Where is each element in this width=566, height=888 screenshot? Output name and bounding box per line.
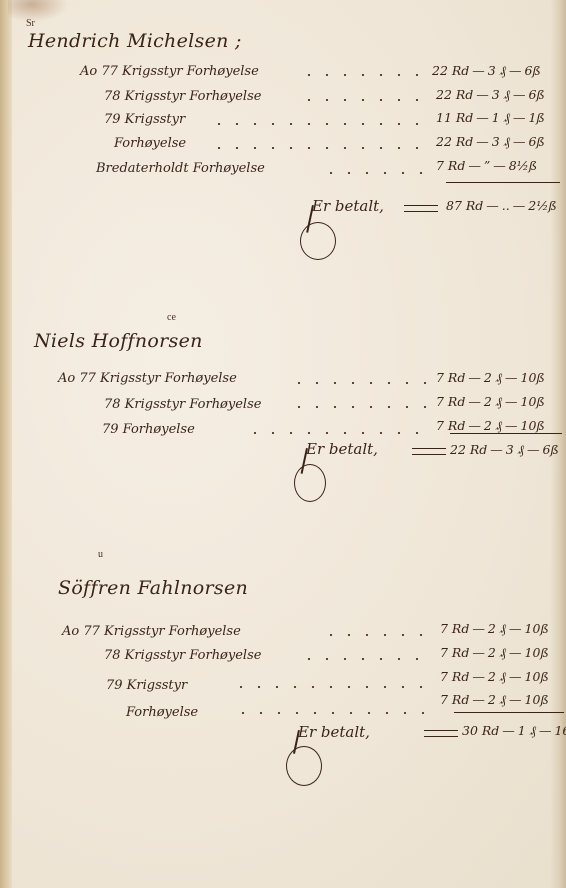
entry-1-line-1-amount: 22 Rd—3 ₰—6ß — [432, 63, 541, 79]
amount-mk: 2 ₰ — [488, 692, 506, 707]
sum-rule — [446, 182, 560, 183]
amount-rd: 7 Rd — [436, 394, 465, 409]
entry-1-total-label: Er betalt, — [312, 197, 384, 215]
amount-mk: 3 ₰ — [506, 442, 524, 457]
entry-1-line-3-label: 79 Krigsstyr — [104, 112, 185, 127]
amount-rd: 7 Rd — [440, 621, 469, 636]
amount-rd: 7 Rd — [440, 669, 469, 684]
sum-rule — [454, 712, 564, 713]
amount-rd: 7 Rd — [436, 158, 465, 173]
amount-sk: 10ß — [521, 370, 545, 385]
entry-2-line-2-amount: 7 Rd—2 ₰—10ß — [436, 394, 545, 410]
amount-rd: 7 Rd — [440, 692, 469, 707]
amount-rd: 7 Rd — [436, 418, 465, 433]
entry-3-line-3-label: 79 Krigsstyr — [106, 678, 187, 693]
entry-1-total-amount: 87 Rd—..—2½ß — [446, 198, 557, 213]
entry-1-name-text: Hendrich Michelsen ; — [28, 30, 242, 52]
entry-2-line-3-label: 79 Forhøyelse — [102, 422, 195, 437]
entry-2-line-1-label: Ao 77 Krigsstyr Forhøyelse — [58, 371, 237, 386]
amount-sk: 2½ß — [528, 198, 556, 213]
amount-sk: 8½ß — [509, 158, 537, 173]
amount-mk: 2 ₰ — [488, 645, 506, 660]
entry-1-line-5-label: Bredaterholdt Forhøyelse — [96, 161, 265, 176]
amount-mk: .. — [502, 198, 510, 213]
entry-1-flourish-mark — [300, 222, 336, 260]
entry-2-name-sup: ce — [167, 312, 176, 323]
amount-mk: 2 ₰ — [484, 370, 502, 385]
page-binding-edge — [0, 0, 12, 888]
amount-sk: 16ß — [554, 723, 566, 738]
amount-mk: 1 ₰ — [518, 723, 536, 738]
entry-3-total-amount: 30 Rd—1 ₰—16ß — [462, 723, 566, 739]
amount-sk: 10ß — [521, 394, 545, 409]
leader-dots — [300, 99, 430, 101]
amount-mk: 2 ₰ — [484, 394, 502, 409]
amount-mk: ” — [484, 158, 490, 173]
leader-dots — [234, 712, 430, 714]
leader-dots — [246, 432, 430, 434]
entry-3-line-3-amount: 7 Rd—2 ₰—10ß — [440, 669, 549, 685]
amount-sk: 6ß — [542, 442, 558, 457]
entry-2-line-2-label: 78 Krigsstyr Forhøyelse — [104, 397, 261, 412]
amount-mk: 3 ₰ — [492, 87, 510, 102]
entry-1-line-1-label: Ao 77 Krigsstyr Forhøyelse — [80, 64, 259, 79]
amount-sk: 10ß — [525, 692, 549, 707]
entry-1-line-2-label: 78 Krigsstyr Forhøyelse — [104, 89, 261, 104]
entry-1-line-4-amount: 22 Rd—3 ₰—6ß — [436, 134, 545, 150]
leader-dots — [300, 74, 420, 76]
leader-dots — [210, 123, 430, 125]
amount-mk: 2 ₰ — [488, 669, 506, 684]
amount-rd: 22 Rd — [436, 134, 473, 149]
entry-2-line-3-amount: 7 Rd—2 ₰—10ß — [436, 418, 545, 434]
sum-rule — [450, 433, 562, 434]
entry-1-line-3-amount: 11 Rd—1 ₰—1ß — [436, 110, 545, 126]
leader-dots — [290, 382, 430, 384]
amount-sk: 6ß — [528, 134, 544, 149]
leader-dots — [322, 634, 430, 636]
amount-sk: 6ß — [528, 87, 544, 102]
entry-3-name-sup: u — [98, 549, 103, 560]
manuscript-page: Sr Hendrich Michelsen ; Ao 77 Krigsstyr … — [0, 0, 566, 888]
entry-3-line-4-label: Forhøyelse — [126, 705, 198, 720]
amount-mk: 3 ₰ — [488, 63, 506, 78]
entry-3-line-2-amount: 7 Rd—2 ₰—10ß — [440, 645, 549, 661]
leader-dots — [322, 172, 430, 174]
entry-3-line-2-label: 78 Krigsstyr Forhøyelse — [104, 648, 261, 663]
amount-sk: 6ß — [524, 63, 540, 78]
entry-3-flourish-mark — [286, 746, 322, 786]
equals-sign — [424, 730, 458, 737]
entry-1-line-4-label: Forhøyelse — [114, 136, 186, 151]
amount-mk: 3 ₰ — [492, 134, 510, 149]
entry-3-line-1-amount: 7 Rd—2 ₰—10ß — [440, 621, 549, 637]
amount-rd: 22 Rd — [450, 442, 487, 457]
entry-1-name: Hendrich Michelsen ; — [28, 30, 242, 52]
amount-mk: 2 ₰ — [484, 418, 502, 433]
amount-mk: 2 ₰ — [488, 621, 506, 636]
amount-sk: 10ß — [525, 621, 549, 636]
entry-3-name: Söffren Fahlnorsen — [58, 577, 248, 599]
amount-sk: 10ß — [521, 418, 545, 433]
leader-dots — [232, 686, 430, 688]
entry-1-name-prefix: Sr — [26, 18, 35, 29]
entry-3-line-4-amount: 7 Rd—2 ₰—10ß — [440, 692, 549, 708]
amount-rd: 22 Rd — [432, 63, 469, 78]
equals-sign — [412, 448, 446, 455]
amount-mk: 1 ₰ — [492, 110, 510, 125]
entry-2-line-1-amount: 7 Rd—2 ₰—10ß — [436, 370, 545, 386]
entry-2-name: Niels Hoffnorsen — [34, 330, 203, 352]
amount-rd: 7 Rd — [436, 370, 465, 385]
amount-rd: 7 Rd — [440, 645, 469, 660]
entry-1-line-5-amount: 7 Rd—”—8½ß — [436, 158, 537, 173]
leader-dots — [290, 406, 430, 408]
equals-sign — [404, 205, 438, 212]
entry-3-total-label: Er betalt, — [298, 723, 370, 741]
leader-dots — [300, 658, 430, 660]
amount-rd: 22 Rd — [436, 87, 473, 102]
entry-3-line-1-label: Ao 77 Krigsstyr Forhøyelse — [62, 624, 241, 639]
entry-2-flourish-mark — [294, 464, 326, 502]
amount-sk: 10ß — [525, 669, 549, 684]
entry-2-total-label: Er betalt, — [306, 440, 378, 458]
ink-stain — [8, 0, 68, 22]
amount-sk: 1ß — [528, 110, 544, 125]
entry-1-line-2-amount: 22 Rd—3 ₰—6ß — [436, 87, 545, 103]
amount-rd: 30 Rd — [462, 723, 499, 738]
leader-dots — [210, 147, 430, 149]
amount-rd: 11 Rd — [436, 110, 473, 125]
amount-sk: 10ß — [525, 645, 549, 660]
entry-2-total-amount: 22 Rd—3 ₰—6ß — [450, 442, 559, 458]
amount-rd: 87 Rd — [446, 198, 483, 213]
